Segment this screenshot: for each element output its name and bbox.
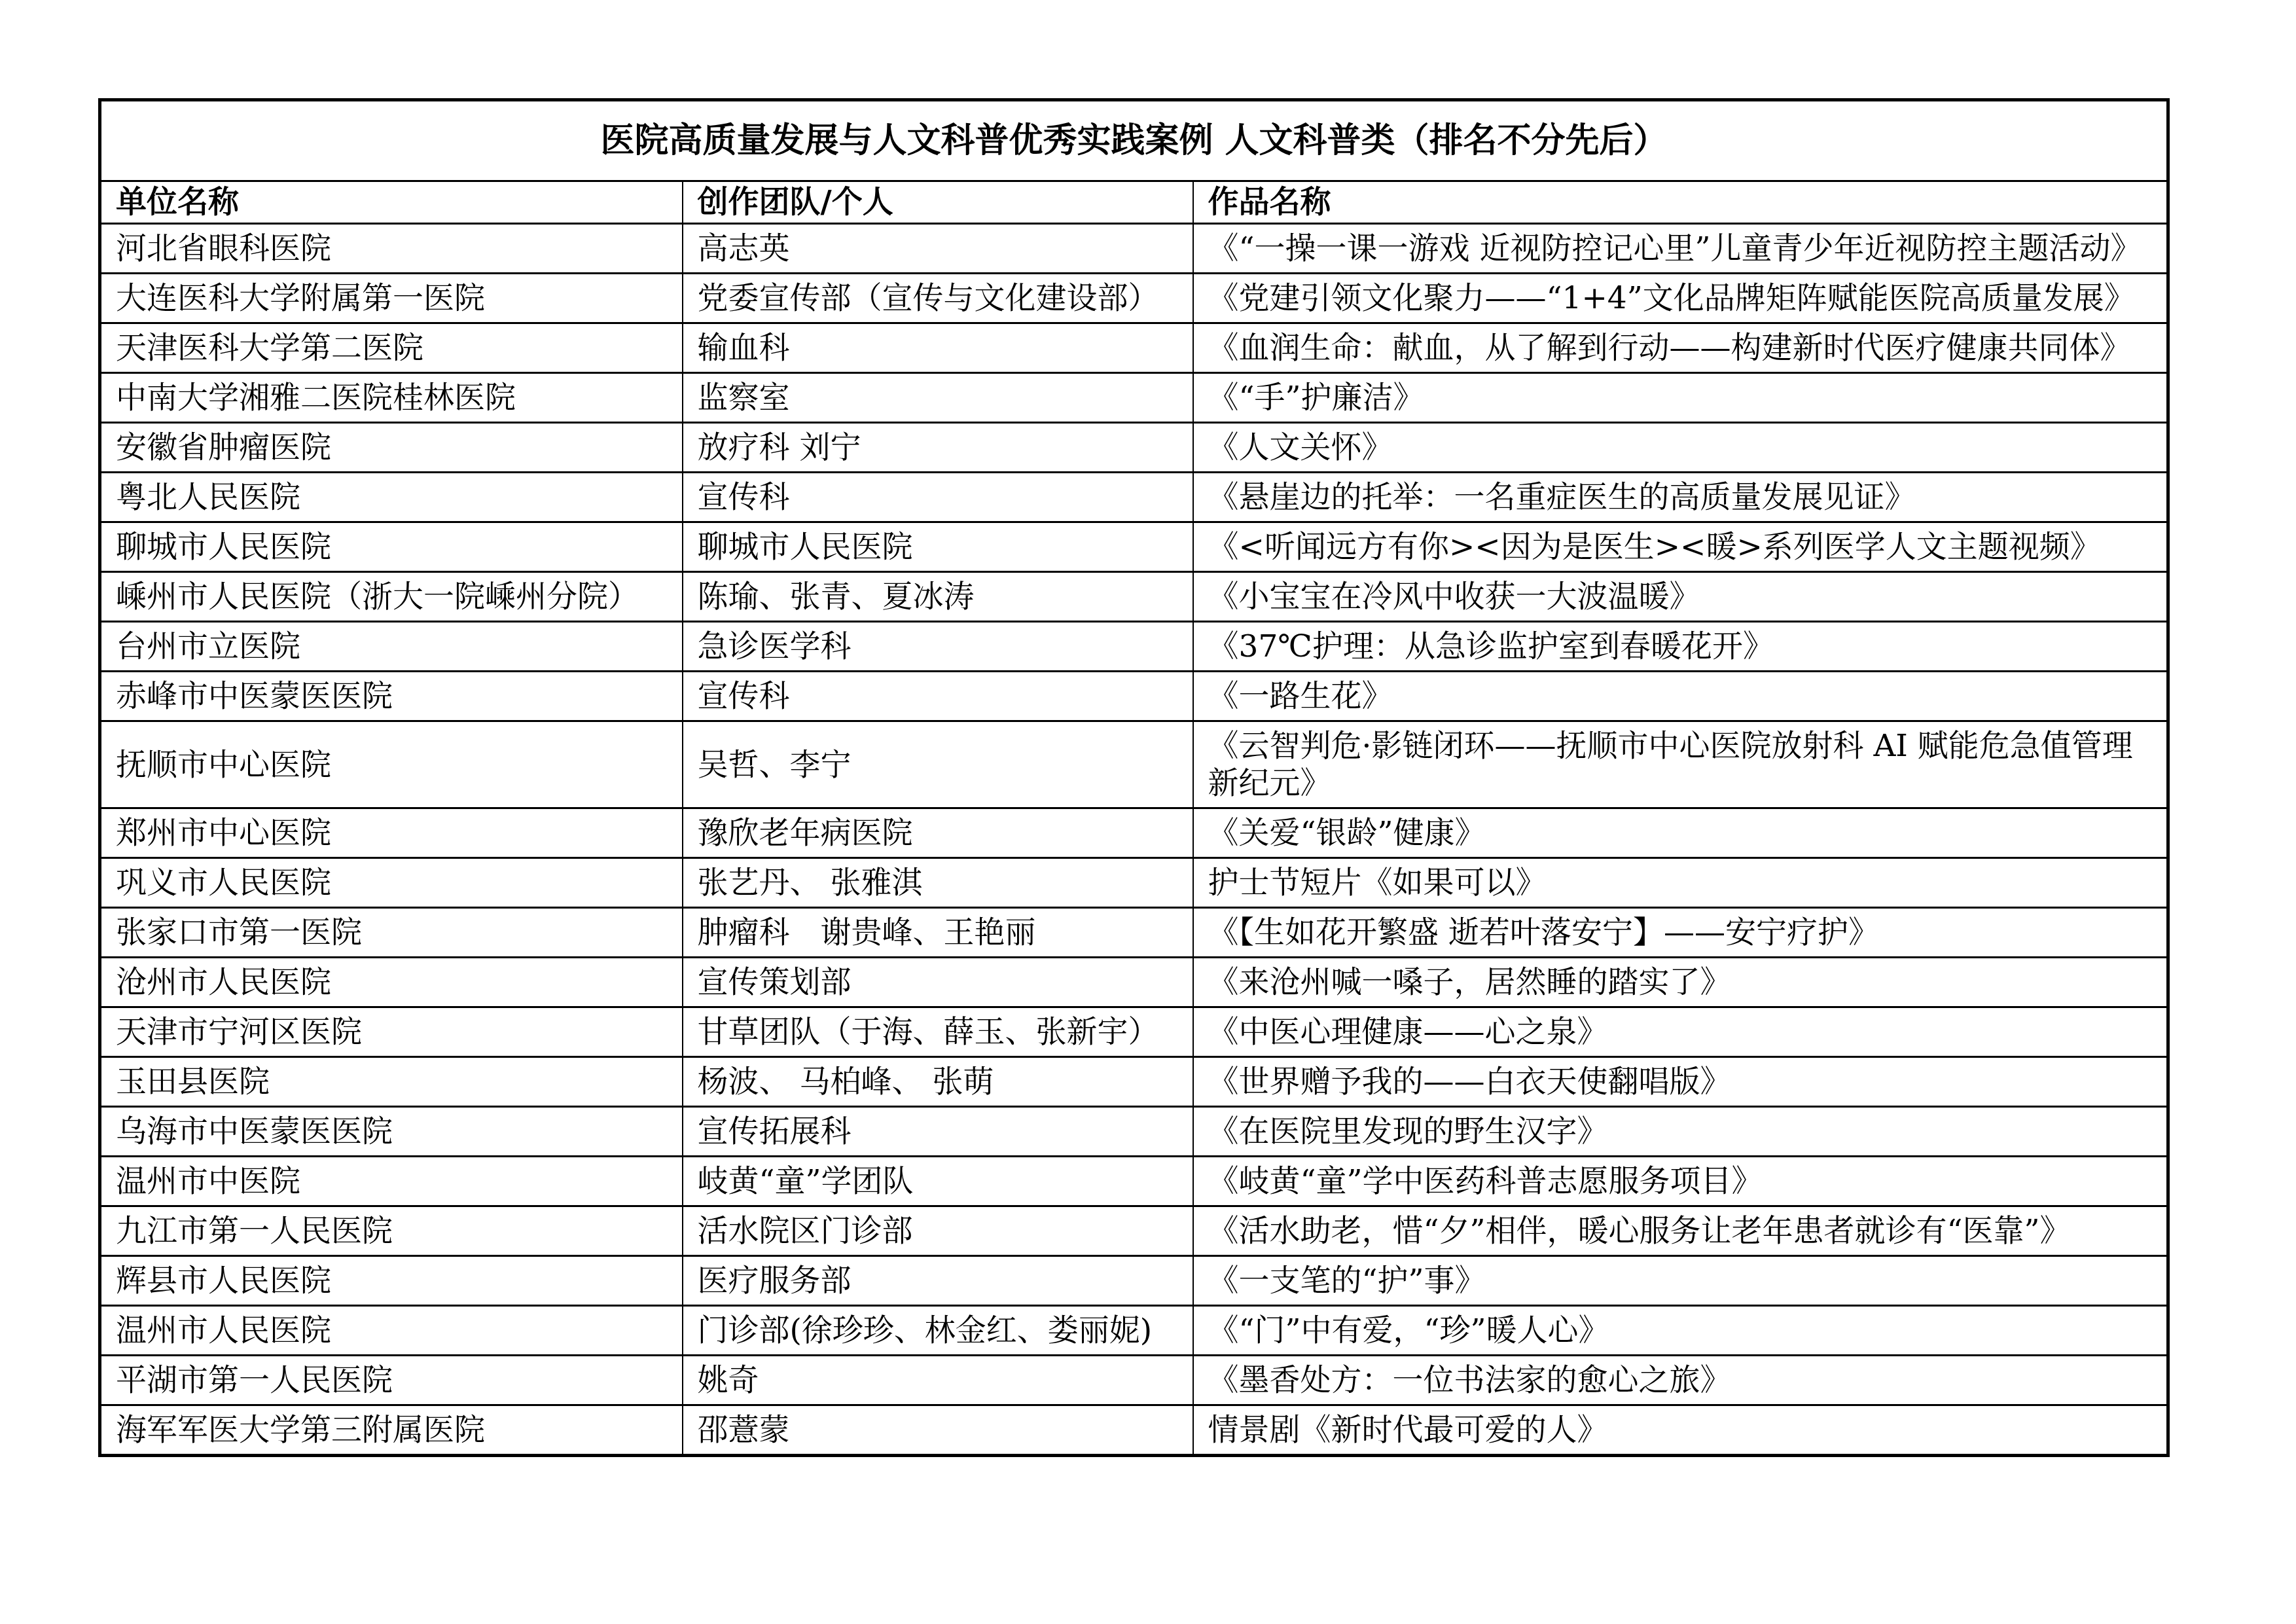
work-cell: 《墨香处方：一位书法家的愈心之旅》 [1193, 1356, 2168, 1405]
unit-cell: 嵊州市人民医院（浙大一院嵊州分院） [100, 572, 683, 622]
table-row: 天津市宁河区医院甘草团队（于海、薛玉、张新宇）《中医心理健康——心之泉》 [100, 1007, 2168, 1057]
unit-cell: 乌海市中医蒙医医院 [100, 1107, 683, 1157]
unit-cell: 沧州市人民医院 [100, 958, 683, 1007]
team-cell: 活水院区门诊部 [683, 1206, 1193, 1256]
team-cell: 张艺丹、 张雅淇 [683, 858, 1193, 908]
table-row: 粤北人民医院宣传科《悬崖边的托举：一名重症医生的高质量发展见证》 [100, 473, 2168, 522]
team-cell: 吴哲、李宁 [683, 721, 1193, 808]
work-cell: 《血润生命：献血，从了解到行动——构建新时代医疗健康共同体》 [1193, 323, 2168, 373]
unit-cell: 中南大学湘雅二医院桂林医院 [100, 373, 683, 423]
table-container: 医院高质量发展与人文科普优秀实践案例 人文科普类（排名不分先后） 单位名称 创作… [98, 98, 2170, 1457]
work-cell: 《【生如花开繁盛 逝若叶落安宁】——安宁疗护》 [1193, 908, 2168, 958]
table-row: 聊城市人民医院聊城市人民医院《<听闻远方有你><因为是医生><暖>系列医学人文主… [100, 522, 2168, 572]
work-cell: 《世界赠予我的——白衣天使翻唱版》 [1193, 1057, 2168, 1107]
table-row: 抚顺市中心医院吴哲、李宁《云智判危·影链闭环——抚顺市中心医院放射科 AI 赋能… [100, 721, 2168, 808]
unit-cell: 抚顺市中心医院 [100, 721, 683, 808]
team-cell: 宣传策划部 [683, 958, 1193, 1007]
team-cell: 豫欣老年病医院 [683, 808, 1193, 858]
work-cell: 护士节短片《如果可以》 [1193, 858, 2168, 908]
table-row: 温州市中医院岐黄“童”学团队《岐黄“童”学中医药科普志愿服务项目》 [100, 1157, 2168, 1206]
team-cell: 宣传拓展科 [683, 1107, 1193, 1157]
table-row: 辉县市人民医院医疗服务部《一支笔的“护”事》 [100, 1256, 2168, 1306]
document-page: { "page": { "background_color": "#ffffff… [0, 0, 2296, 1624]
unit-cell: 巩义市人民医院 [100, 858, 683, 908]
table-row: 温州市人民医院门诊部(徐珍珍、林金红、娄丽妮)《“门”中有爱，“珍”暖人心》 [100, 1306, 2168, 1356]
page-title: 医院高质量发展与人文科普优秀实践案例 人文科普类（排名不分先后） [100, 100, 2168, 181]
unit-cell: 张家口市第一医院 [100, 908, 683, 958]
table-row: 乌海市中医蒙医医院宣传拓展科《在医院里发现的野生汉字》 [100, 1107, 2168, 1157]
table-row: 赤峰市中医蒙医医院宣传科《一路生花》 [100, 672, 2168, 721]
table-row: 中南大学湘雅二医院桂林医院监察室《“手”护廉洁》 [100, 373, 2168, 423]
work-cell: 《中医心理健康——心之泉》 [1193, 1007, 2168, 1057]
unit-cell: 天津市宁河区医院 [100, 1007, 683, 1057]
work-cell: 《关爱“银龄”健康》 [1193, 808, 2168, 858]
unit-cell: 粤北人民医院 [100, 473, 683, 522]
unit-cell: 辉县市人民医院 [100, 1256, 683, 1306]
work-cell: 《活水助老，惜“夕”相伴，暖心服务让老年患者就诊有“医靠”》 [1193, 1206, 2168, 1256]
work-cell: 《“手”护廉洁》 [1193, 373, 2168, 423]
header-row: 单位名称 创作团队/个人 作品名称 [100, 181, 2168, 224]
table-row: 张家口市第一医院肿瘤科 谢贵峰、王艳丽《【生如花开繁盛 逝若叶落安宁】——安宁疗… [100, 908, 2168, 958]
work-cell: 《小宝宝在冷风中收获一大波温暖》 [1193, 572, 2168, 622]
team-cell: 甘草团队（于海、薛玉、张新宇） [683, 1007, 1193, 1057]
work-cell: 《一支笔的“护”事》 [1193, 1256, 2168, 1306]
work-cell: 情景剧《新时代最可爱的人》 [1193, 1405, 2168, 1456]
unit-cell: 聊城市人民医院 [100, 522, 683, 572]
table-row: 沧州市人民医院宣传策划部《来沧州喊一嗓子，居然睡的踏实了》 [100, 958, 2168, 1007]
work-cell: 《悬崖边的托举：一名重症医生的高质量发展见证》 [1193, 473, 2168, 522]
table-row: 大连医科大学附属第一医院党委宣传部（宣传与文化建设部）《党建引领文化聚力——“1… [100, 274, 2168, 323]
team-cell: 输血科 [683, 323, 1193, 373]
team-cell: 陈瑜、张青、夏冰涛 [683, 572, 1193, 622]
work-cell: 《一路生花》 [1193, 672, 2168, 721]
work-cell: 《人文关怀》 [1193, 423, 2168, 473]
unit-cell: 河北省眼科医院 [100, 224, 683, 274]
work-cell: 《37℃护理：从急诊监护室到春暖花开》 [1193, 622, 2168, 672]
team-cell: 姚奇 [683, 1356, 1193, 1405]
table-row: 海军军医大学第三附属医院邵薏蒙情景剧《新时代最可爱的人》 [100, 1405, 2168, 1456]
unit-cell: 平湖市第一人民医院 [100, 1356, 683, 1405]
table-row: 巩义市人民医院张艺丹、 张雅淇护士节短片《如果可以》 [100, 858, 2168, 908]
column-header-work: 作品名称 [1193, 181, 2168, 224]
unit-cell: 温州市人民医院 [100, 1306, 683, 1356]
unit-cell: 海军军医大学第三附属医院 [100, 1405, 683, 1456]
unit-cell: 天津医科大学第二医院 [100, 323, 683, 373]
unit-cell: 赤峰市中医蒙医医院 [100, 672, 683, 721]
work-cell: 《在医院里发现的野生汉字》 [1193, 1107, 2168, 1157]
table-row: 天津医科大学第二医院输血科《血润生命：献血，从了解到行动——构建新时代医疗健康共… [100, 323, 2168, 373]
table-row: 玉田县医院杨波、 马柏峰、 张萌《世界赠予我的——白衣天使翻唱版》 [100, 1057, 2168, 1107]
team-cell: 医疗服务部 [683, 1256, 1193, 1306]
work-cell: 《<听闻远方有你><因为是医生><暖>系列医学人文主题视频》 [1193, 522, 2168, 572]
unit-cell: 温州市中医院 [100, 1157, 683, 1206]
table-body: 河北省眼科医院高志英《“一操一课一游戏 近视防控记心里”儿童青少年近视防控主题活… [100, 224, 2168, 1456]
work-cell: 《来沧州喊一嗓子，居然睡的踏实了》 [1193, 958, 2168, 1007]
awards-table: 医院高质量发展与人文科普优秀实践案例 人文科普类（排名不分先后） 单位名称 创作… [98, 98, 2170, 1457]
unit-cell: 玉田县医院 [100, 1057, 683, 1107]
team-cell: 肿瘤科 谢贵峰、王艳丽 [683, 908, 1193, 958]
team-cell: 聊城市人民医院 [683, 522, 1193, 572]
column-header-team: 创作团队/个人 [683, 181, 1193, 224]
team-cell: 杨波、 马柏峰、 张萌 [683, 1057, 1193, 1107]
team-cell: 急诊医学科 [683, 622, 1193, 672]
team-cell: 宣传科 [683, 473, 1193, 522]
team-cell: 邵薏蒙 [683, 1405, 1193, 1456]
unit-cell: 台州市立医院 [100, 622, 683, 672]
work-cell: 《云智判危·影链闭环——抚顺市中心医院放射科 AI 赋能危急值管理新纪元》 [1193, 721, 2168, 808]
team-cell: 岐黄“童”学团队 [683, 1157, 1193, 1206]
column-header-unit: 单位名称 [100, 181, 683, 224]
team-cell: 高志英 [683, 224, 1193, 274]
table-row: 台州市立医院急诊医学科《37℃护理：从急诊监护室到春暖花开》 [100, 622, 2168, 672]
table-row: 平湖市第一人民医院姚奇《墨香处方：一位书法家的愈心之旅》 [100, 1356, 2168, 1405]
table-row: 九江市第一人民医院活水院区门诊部《活水助老，惜“夕”相伴，暖心服务让老年患者就诊… [100, 1206, 2168, 1256]
work-cell: 《“一操一课一游戏 近视防控记心里”儿童青少年近视防控主题活动》 [1193, 224, 2168, 274]
team-cell: 宣传科 [683, 672, 1193, 721]
work-cell: 《“门”中有爱，“珍”暖人心》 [1193, 1306, 2168, 1356]
team-cell: 监察室 [683, 373, 1193, 423]
team-cell: 党委宣传部（宣传与文化建设部） [683, 274, 1193, 323]
team-cell: 门诊部(徐珍珍、林金红、娄丽妮) [683, 1306, 1193, 1356]
table-row: 郑州市中心医院豫欣老年病医院《关爱“银龄”健康》 [100, 808, 2168, 858]
work-cell: 《岐黄“童”学中医药科普志愿服务项目》 [1193, 1157, 2168, 1206]
work-cell: 《党建引领文化聚力——“1+4”文化品牌矩阵赋能医院高质量发展》 [1193, 274, 2168, 323]
table-row: 河北省眼科医院高志英《“一操一课一游戏 近视防控记心里”儿童青少年近视防控主题活… [100, 224, 2168, 274]
unit-cell: 郑州市中心医院 [100, 808, 683, 858]
table-row: 嵊州市人民医院（浙大一院嵊州分院）陈瑜、张青、夏冰涛《小宝宝在冷风中收获一大波温… [100, 572, 2168, 622]
team-cell: 放疗科 刘宁 [683, 423, 1193, 473]
title-row: 医院高质量发展与人文科普优秀实践案例 人文科普类（排名不分先后） [100, 100, 2168, 181]
unit-cell: 安徽省肿瘤医院 [100, 423, 683, 473]
unit-cell: 大连医科大学附属第一医院 [100, 274, 683, 323]
table-row: 安徽省肿瘤医院放疗科 刘宁《人文关怀》 [100, 423, 2168, 473]
unit-cell: 九江市第一人民医院 [100, 1206, 683, 1256]
